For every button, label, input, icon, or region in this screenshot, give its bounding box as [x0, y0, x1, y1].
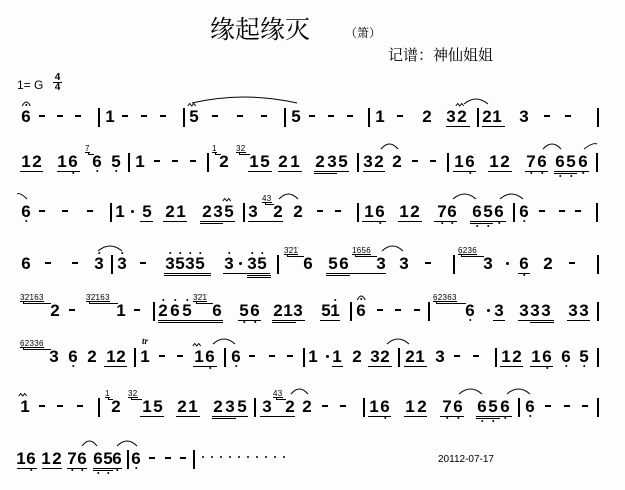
barline	[398, 348, 400, 367]
extension-dash	[539, 210, 545, 212]
note-digit: 6	[555, 152, 564, 171]
grace-hook	[355, 254, 377, 257]
barline	[477, 108, 479, 127]
note-digit: 2	[273, 301, 282, 320]
lower-octave-dot	[116, 469, 118, 471]
note-digit: 2	[500, 152, 509, 171]
barline	[110, 203, 112, 222]
note: 3	[94, 257, 103, 270]
note-digit: 3	[185, 254, 194, 273]
note: 2	[213, 400, 222, 413]
note: 2	[352, 350, 361, 363]
note-digit: 5	[488, 397, 497, 416]
beam-underline	[470, 223, 493, 224]
note-digit: 2	[512, 347, 521, 366]
note-digit: 7	[437, 202, 446, 221]
note-digit: 1	[364, 202, 373, 221]
extension-dash	[473, 355, 479, 357]
note: 1	[364, 205, 373, 218]
slur	[381, 144, 398, 149]
note-digit: 2	[422, 107, 431, 126]
beam-underline	[193, 366, 217, 367]
note: 1	[415, 350, 424, 363]
note-digit: 5	[142, 202, 151, 221]
note-digit: 1	[41, 449, 50, 468]
beam-underline	[476, 418, 500, 419]
note-digit: 3	[293, 301, 302, 320]
note: 6	[525, 400, 534, 413]
note-digit: 3	[247, 254, 256, 273]
note-digit: 1	[106, 347, 115, 366]
extension-dash	[237, 115, 243, 117]
barline	[596, 153, 598, 172]
note: 2	[482, 110, 491, 123]
note: 6	[21, 205, 30, 218]
barline	[597, 302, 599, 321]
lower-octave-dot	[209, 367, 211, 369]
lower-octave-dot	[25, 220, 27, 222]
note-digit: 7	[526, 152, 535, 171]
note: 3	[541, 304, 550, 317]
fermata-icon	[356, 294, 366, 301]
note: 6	[131, 452, 140, 465]
note: 1	[135, 155, 144, 168]
note: 2	[202, 205, 211, 218]
note-digit: 6	[537, 152, 546, 171]
note-digit: 2	[457, 107, 466, 126]
grace-hook	[287, 254, 304, 257]
note-digit: 6	[519, 202, 528, 221]
extension-dash	[412, 160, 418, 162]
barline	[303, 348, 305, 367]
note-digit: 2	[165, 202, 174, 221]
note-digit: 1	[375, 107, 384, 126]
barline	[597, 255, 599, 274]
note: 1	[57, 155, 66, 168]
note: 6	[537, 155, 546, 168]
note-digit: 2	[543, 254, 552, 273]
slur	[382, 246, 403, 251]
beam-underline	[248, 171, 272, 172]
note-digit: 6	[170, 301, 179, 320]
lower-octave-dot	[97, 472, 99, 474]
extension-dash	[575, 210, 581, 212]
barline	[224, 348, 226, 367]
extension-dash	[45, 262, 51, 264]
note: 3	[519, 304, 528, 317]
note-digit: 3	[225, 397, 234, 416]
note: 1	[332, 350, 341, 363]
note: 3	[262, 400, 271, 413]
note: 3	[117, 257, 126, 270]
note-digit: 1	[21, 152, 30, 171]
note-digit: 2	[352, 347, 361, 366]
barline	[277, 255, 279, 274]
upper-octave-dot	[199, 252, 201, 254]
barline	[350, 302, 352, 321]
note: 5	[566, 155, 575, 168]
slur	[279, 194, 298, 199]
note-digit: 1	[135, 152, 144, 171]
note: 1	[194, 350, 203, 363]
note: 7	[442, 400, 451, 413]
beam-underline	[212, 418, 236, 419]
note-digit: 5	[291, 107, 300, 126]
beam-underline	[362, 221, 386, 222]
barline	[128, 153, 130, 172]
note-digit: 3	[370, 347, 379, 366]
note: 6	[477, 400, 486, 413]
note-digit: 3	[399, 254, 408, 273]
note-digit: 2	[278, 152, 287, 171]
note-digit: 6	[356, 301, 365, 320]
note: 3	[446, 110, 455, 123]
extension-dash	[190, 160, 196, 162]
augmentation-dot	[326, 355, 329, 358]
upper-octave-dot	[251, 252, 253, 254]
upper-octave-dot	[162, 299, 164, 301]
beam-underline	[434, 221, 457, 222]
note: 6	[303, 257, 312, 270]
beam-underline	[470, 221, 506, 222]
note: 3	[376, 257, 385, 270]
extension-dash	[287, 355, 293, 357]
note-digit: 6	[212, 301, 221, 320]
lower-octave-dot	[235, 365, 237, 367]
note-digit: 2	[417, 397, 426, 416]
extension-dash	[134, 309, 140, 311]
note-digit: 3	[579, 301, 588, 320]
beam-underline	[140, 221, 153, 222]
extension-dash	[397, 115, 403, 117]
note-digit: 6	[68, 152, 77, 171]
note-digit: 1	[501, 347, 510, 366]
lower-octave-dot	[504, 417, 506, 419]
beam-underline	[326, 275, 350, 276]
note-digit: 2	[374, 152, 383, 171]
note-digit: 2	[302, 397, 311, 416]
lower-octave-dot	[487, 225, 489, 227]
note-digit: 2	[52, 449, 61, 468]
lower-octave-dot	[583, 365, 585, 367]
note-digit: 6	[380, 397, 389, 416]
extension-dash	[340, 405, 346, 407]
beam-underline	[500, 366, 523, 367]
beam-underline	[446, 126, 470, 127]
upper-octave-dot	[121, 252, 123, 254]
slur	[17, 194, 27, 199]
beam-underline	[163, 221, 187, 222]
note: 5	[328, 257, 337, 270]
lower-octave-dot	[565, 365, 567, 367]
barline	[368, 108, 370, 127]
note-digit: 6	[472, 202, 481, 221]
note: 1	[249, 155, 258, 168]
beam-underline	[476, 416, 512, 417]
note: 6	[447, 205, 456, 218]
note: 1	[489, 155, 498, 168]
note-digit: 1	[249, 152, 258, 171]
note-digit: 5	[579, 347, 588, 366]
extension-dash	[159, 355, 165, 357]
note: 1	[21, 155, 30, 168]
score-sheet: 缘起缘灭 （箫） 记谱：神仙姐姐 1= G 4 4 61551232213121…	[0, 0, 625, 490]
extension-dash	[122, 115, 128, 117]
barline	[98, 108, 100, 127]
note: 3	[247, 257, 256, 270]
note: 6	[339, 257, 348, 270]
barline	[111, 255, 113, 274]
note-digit: 3	[446, 107, 455, 126]
note-digit: 6	[303, 254, 312, 273]
note-digit: 5	[338, 152, 347, 171]
beam-underline	[158, 322, 223, 323]
note-digit: 1	[57, 152, 66, 171]
extension-dash	[165, 457, 171, 459]
time-signature: 4 4	[53, 73, 62, 92]
note-digit: 1	[140, 347, 149, 366]
beam-underline	[17, 468, 37, 469]
note-digit: 3	[117, 254, 126, 273]
extension-dash	[39, 405, 45, 407]
barline	[597, 348, 599, 367]
lower-octave-dot	[72, 365, 74, 367]
note: 1	[492, 110, 501, 123]
extension-dash	[328, 115, 334, 117]
note-digit: 3	[530, 301, 539, 320]
lower-octave-dot	[546, 367, 548, 369]
date-stamp: 20112-07-17	[438, 454, 494, 466]
note-digit: 5	[257, 254, 266, 273]
note: 1	[105, 110, 114, 123]
beam-underline	[530, 366, 553, 367]
beam-underline	[238, 320, 261, 321]
note: 6	[519, 257, 528, 270]
note: 6	[500, 400, 509, 413]
beam-underline	[518, 320, 554, 321]
barline	[357, 153, 359, 172]
extension-dash	[212, 115, 218, 117]
beam-underline	[93, 468, 122, 469]
extension-dash	[564, 405, 570, 407]
note: 1	[330, 304, 339, 317]
note-digit: 2	[315, 152, 324, 171]
note: 3	[568, 304, 577, 317]
note-digit: 6	[93, 449, 102, 468]
note: 1	[140, 350, 149, 363]
extension-dash	[544, 115, 550, 117]
note: 5	[189, 110, 198, 123]
note: 6	[494, 205, 503, 218]
placeholder-dot	[211, 456, 213, 458]
beam-underline	[320, 320, 340, 321]
extension-dash	[177, 355, 183, 357]
note-digit: 1	[308, 347, 317, 366]
note-digit: 5	[483, 202, 492, 221]
note: 3	[494, 304, 503, 317]
note-digit: 1	[405, 397, 414, 416]
note-digit: 1	[332, 347, 341, 366]
lower-octave-dot	[254, 321, 256, 323]
note: 3	[225, 400, 234, 413]
slur	[507, 389, 530, 394]
note: 1	[375, 110, 384, 123]
lower-octave-dot	[135, 467, 137, 469]
note-digit: 3	[49, 347, 58, 366]
placeholder-dot	[265, 456, 267, 458]
note-digit: 2	[87, 347, 96, 366]
note-digit: 6	[494, 202, 503, 221]
note: 2	[32, 155, 41, 168]
extension-dash	[261, 115, 267, 117]
note: 6	[519, 205, 528, 218]
lower-octave-dot	[469, 172, 471, 174]
note-digit: 6	[519, 254, 528, 273]
beam-underline	[493, 320, 505, 321]
note: 2	[543, 257, 552, 270]
upper-octave-dot	[174, 299, 176, 301]
beam-underline	[326, 273, 386, 274]
slur	[387, 339, 409, 344]
tie	[192, 97, 297, 103]
note-digit: 6	[453, 397, 462, 416]
note: 6	[68, 155, 77, 168]
note: 6	[170, 304, 179, 317]
barline	[183, 108, 185, 127]
extension-dash	[39, 210, 45, 212]
note: 1	[531, 350, 540, 363]
note: 3	[165, 257, 174, 270]
note: 6	[555, 155, 564, 168]
note-digit: 6	[375, 202, 384, 221]
barline	[243, 203, 245, 222]
extension-dash	[57, 115, 63, 117]
beam-underline	[440, 416, 464, 417]
note-digit: 1	[176, 202, 185, 221]
note-digit: 6	[68, 347, 77, 366]
extension-dash	[141, 115, 147, 117]
note: 1	[20, 400, 29, 413]
beam-underline	[247, 275, 271, 276]
instrument-label: （箫）	[345, 26, 381, 40]
note-digit: 6	[561, 347, 570, 366]
note: 2	[273, 205, 282, 218]
beam-underline	[530, 322, 554, 323]
mordent-icon	[19, 393, 28, 397]
note: 2	[116, 350, 125, 363]
note-digit: 2	[219, 152, 228, 171]
note: 5	[182, 304, 191, 317]
barline	[193, 450, 195, 469]
lower-octave-dot	[96, 170, 98, 172]
fermata-icon	[21, 100, 31, 107]
slur	[117, 441, 137, 446]
note-digit: 6	[77, 449, 86, 468]
note: 2	[285, 400, 294, 413]
barline	[134, 348, 136, 367]
note: 1	[290, 155, 299, 168]
beam-underline	[278, 171, 302, 172]
lower-octave-dot	[530, 172, 532, 174]
note-digit: 3	[363, 152, 372, 171]
beam-underline	[42, 468, 62, 469]
note: 6	[68, 350, 77, 363]
beam-underline	[93, 470, 113, 471]
note: 2	[111, 400, 120, 413]
lower-octave-dot	[529, 415, 531, 417]
note-digit: 1	[492, 107, 501, 126]
beam-underline	[453, 171, 476, 172]
note-digit: 5	[239, 301, 248, 320]
note: 2	[500, 155, 509, 168]
barline	[357, 203, 359, 222]
slur	[453, 194, 476, 199]
note: 6	[205, 350, 214, 363]
note-digit: 3	[94, 254, 103, 273]
mordent-icon	[188, 103, 197, 107]
mordent-icon	[223, 198, 232, 202]
extension-dash	[87, 210, 93, 212]
barline	[447, 153, 449, 172]
extension-dash	[269, 355, 275, 357]
placeholder-dot	[220, 456, 222, 458]
note-digit: 1	[105, 107, 114, 126]
note-digit: 3	[224, 254, 233, 273]
beam-underline	[482, 126, 505, 127]
note: 5	[338, 155, 347, 168]
note: 2	[50, 304, 59, 317]
note-digit: 6	[21, 254, 30, 273]
note: 2	[380, 350, 389, 363]
mordent-icon	[193, 343, 202, 347]
note-digit: 6	[92, 152, 101, 171]
barline	[254, 398, 256, 417]
note-digit: 1	[188, 397, 197, 416]
lower-octave-dot	[441, 222, 443, 224]
augmentation-dot	[506, 262, 509, 265]
extension-dash	[160, 115, 166, 117]
beam-underline	[314, 173, 337, 174]
note: 6	[472, 205, 481, 218]
note-digit: 6	[500, 397, 509, 416]
placeholder-dot	[283, 456, 285, 458]
beam-underline	[57, 171, 80, 172]
note: 3	[579, 304, 588, 317]
note: 6	[542, 350, 551, 363]
note-digit: 5	[111, 152, 120, 171]
slur	[291, 389, 308, 394]
extension-dash	[582, 405, 588, 407]
slur	[543, 144, 561, 149]
beam-underline	[248, 221, 283, 222]
note: 5	[239, 304, 248, 317]
grace-hook	[23, 347, 51, 350]
upper-octave-dot	[228, 252, 230, 254]
note: 2	[158, 304, 167, 317]
upper-octave-dot	[186, 299, 188, 301]
beam-underline	[368, 366, 392, 367]
note: 1	[283, 304, 292, 317]
trill-mark: tr	[142, 337, 148, 346]
note: 6	[453, 400, 462, 413]
note-digit: 6	[578, 152, 587, 171]
augmentation-dot	[131, 210, 134, 213]
note-digit: 3	[262, 397, 271, 416]
lower-octave-dot	[446, 417, 448, 419]
note: 1	[308, 350, 317, 363]
extension-dash	[154, 160, 160, 162]
note-digit: 5	[182, 301, 191, 320]
